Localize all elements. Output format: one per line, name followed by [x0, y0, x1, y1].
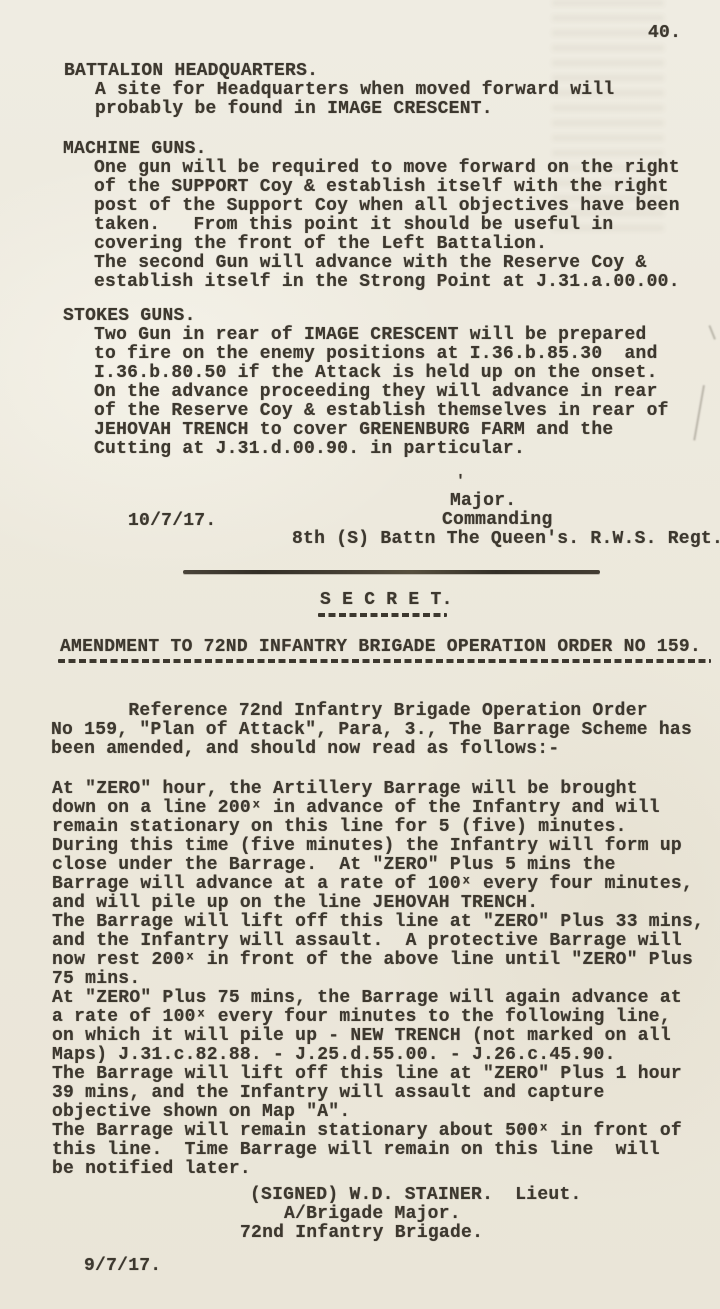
doc-line: on which it will pile up - NEW TRENCH (n… — [52, 1027, 704, 1046]
doc-line: objective shown on Map "A". — [52, 1103, 704, 1122]
doc-line: Reference 72nd Infantry Brigade Operatio… — [51, 702, 692, 721]
doc-line: Cutting at J.31.d.00.90. in particular. — [94, 440, 669, 459]
doc-line: down on a line 200ˣ in advance of the In… — [52, 799, 704, 818]
amendment-date: 9/7/17. — [84, 1257, 161, 1276]
doc-line: of the SUPPORT Coy & establish itself wi… — [94, 178, 680, 197]
section-battalion-headquarters: BATTALION HEADQUARTERS. A site for Headq… — [64, 62, 614, 119]
doc-line: this line. Time Barrage will remain on t… — [52, 1141, 704, 1160]
doc-line: The second Gun will advance with the Res… — [94, 254, 680, 273]
doc-line: a rate of 100ˣ every four minutes to the… — [52, 1008, 704, 1027]
doc-line: No 159, "Plan of Attack", Para, 3., The … — [51, 721, 692, 740]
doc-line: establish itself in the Strong Point at … — [94, 273, 680, 292]
doc-line: 39 mins, and the Infantry will assault a… — [52, 1084, 704, 1103]
amendment-body-paragraph: At "ZERO" hour, the Artillery Barrage wi… — [52, 780, 704, 1179]
doc-line: post of the Support Coy when all objecti… — [94, 197, 680, 216]
section-heading: STOKES GUNS. — [63, 307, 669, 326]
doc-line: During this time (five minutes) the Infa… — [52, 837, 704, 856]
pen-mark — [708, 323, 720, 340]
doc-line: The Barrage will lift off this line at "… — [52, 1065, 704, 1084]
section-machine-guns: MACHINE GUNS. One gun will be required t… — [63, 140, 680, 292]
section-stokes-guns: STOKES GUNS. Two Gun in rear of IMAGE CR… — [63, 307, 669, 459]
scanned-document-page: 40. BATTALION HEADQUARTERS. A site for H… — [0, 0, 720, 1309]
doc-line: close under the Barrage. At "ZERO" Plus … — [52, 856, 704, 875]
doc-line: The Barrage will lift off this line at "… — [52, 913, 704, 932]
doc-line: to fire on the enemy positions at I.36.b… — [94, 345, 669, 364]
doc-line: taken. From this point it should be usef… — [94, 216, 680, 235]
doc-line: remain stationary on this line for 5 (fi… — [52, 818, 704, 837]
pencil-scribble — [693, 385, 718, 443]
doc-line: The Barrage will remain stationary about… — [52, 1122, 704, 1141]
signed-line: (SIGNED) W.D. STAINER. Lieut. — [250, 1186, 582, 1205]
section-heading: BATTALION HEADQUARTERS. — [64, 62, 614, 81]
doc-line: One gun will be required to move forward… — [94, 159, 680, 178]
section-body: A site for Headquarters when moved forwa… — [95, 81, 614, 119]
doc-line: At "ZERO" hour, the Artillery Barrage wi… — [52, 780, 704, 799]
doc-line: Barrage will advance at a rate of 100ˣ e… — [52, 875, 704, 894]
section-divider-rule — [183, 570, 600, 574]
signature-date: 10/7/17. — [128, 512, 216, 531]
doc-line: of the Reserve Coy & establish themselve… — [94, 402, 669, 421]
amendment-heading: AMENDMENT TO 72ND INFANTRY BRIGADE OPERA… — [60, 638, 701, 657]
signed-role: A/Brigade Major. — [284, 1205, 461, 1224]
signature-rank: Major. — [450, 492, 516, 511]
doc-line: be notified later. — [52, 1160, 704, 1179]
doc-line: Maps) J.31.c.82.88. - J.25.d.55.00. - J.… — [52, 1046, 704, 1065]
doc-line: now rest 200ˣ in front of the above line… — [52, 951, 704, 970]
doc-line: JEHOVAH TRENCH to cover GRENENBURG FARM … — [94, 421, 669, 440]
doc-line: and will pile up on the line JEHOVAH TRE… — [52, 894, 704, 913]
doc-line: A site for Headquarters when moved forwa… — [95, 81, 614, 100]
signature-title: Commanding — [442, 511, 553, 530]
amendment-intro-paragraph: Reference 72nd Infantry Brigade Operatio… — [51, 702, 692, 759]
classification-secret: S E C R E T. — [320, 591, 453, 610]
signature-unit: 8th (S) Battn The Queen's. R.W.S. Regt. — [292, 530, 720, 549]
stray-typewriter-mark: ' — [456, 472, 465, 491]
doc-line: 75 mins. — [52, 970, 704, 989]
doc-line: I.36.b.80.50 if the Attack is held up on… — [94, 364, 669, 383]
page-number: 40. — [648, 24, 681, 43]
section-body: One gun will be required to move forward… — [94, 159, 680, 292]
doc-line: Two Gun in rear of IMAGE CRESCENT will b… — [94, 326, 669, 345]
doc-line: been amended, and should now read as fol… — [51, 740, 692, 759]
heading-dashed-underline — [58, 659, 711, 663]
doc-line: On the advance proceeding they will adva… — [94, 383, 669, 402]
doc-line: and the Infantry will assault. A protect… — [52, 932, 704, 951]
secret-dashed-underline — [318, 613, 447, 617]
signed-unit: 72nd Infantry Brigade. — [240, 1224, 483, 1243]
doc-line: probably be found in IMAGE CRESCENT. — [95, 100, 614, 119]
doc-line: At "ZERO" Plus 75 mins, the Barrage will… — [52, 989, 704, 1008]
section-heading: MACHINE GUNS. — [63, 140, 680, 159]
doc-line: covering the front of the Left Battalion… — [94, 235, 680, 254]
section-body: Two Gun in rear of IMAGE CRESCENT will b… — [94, 326, 669, 459]
